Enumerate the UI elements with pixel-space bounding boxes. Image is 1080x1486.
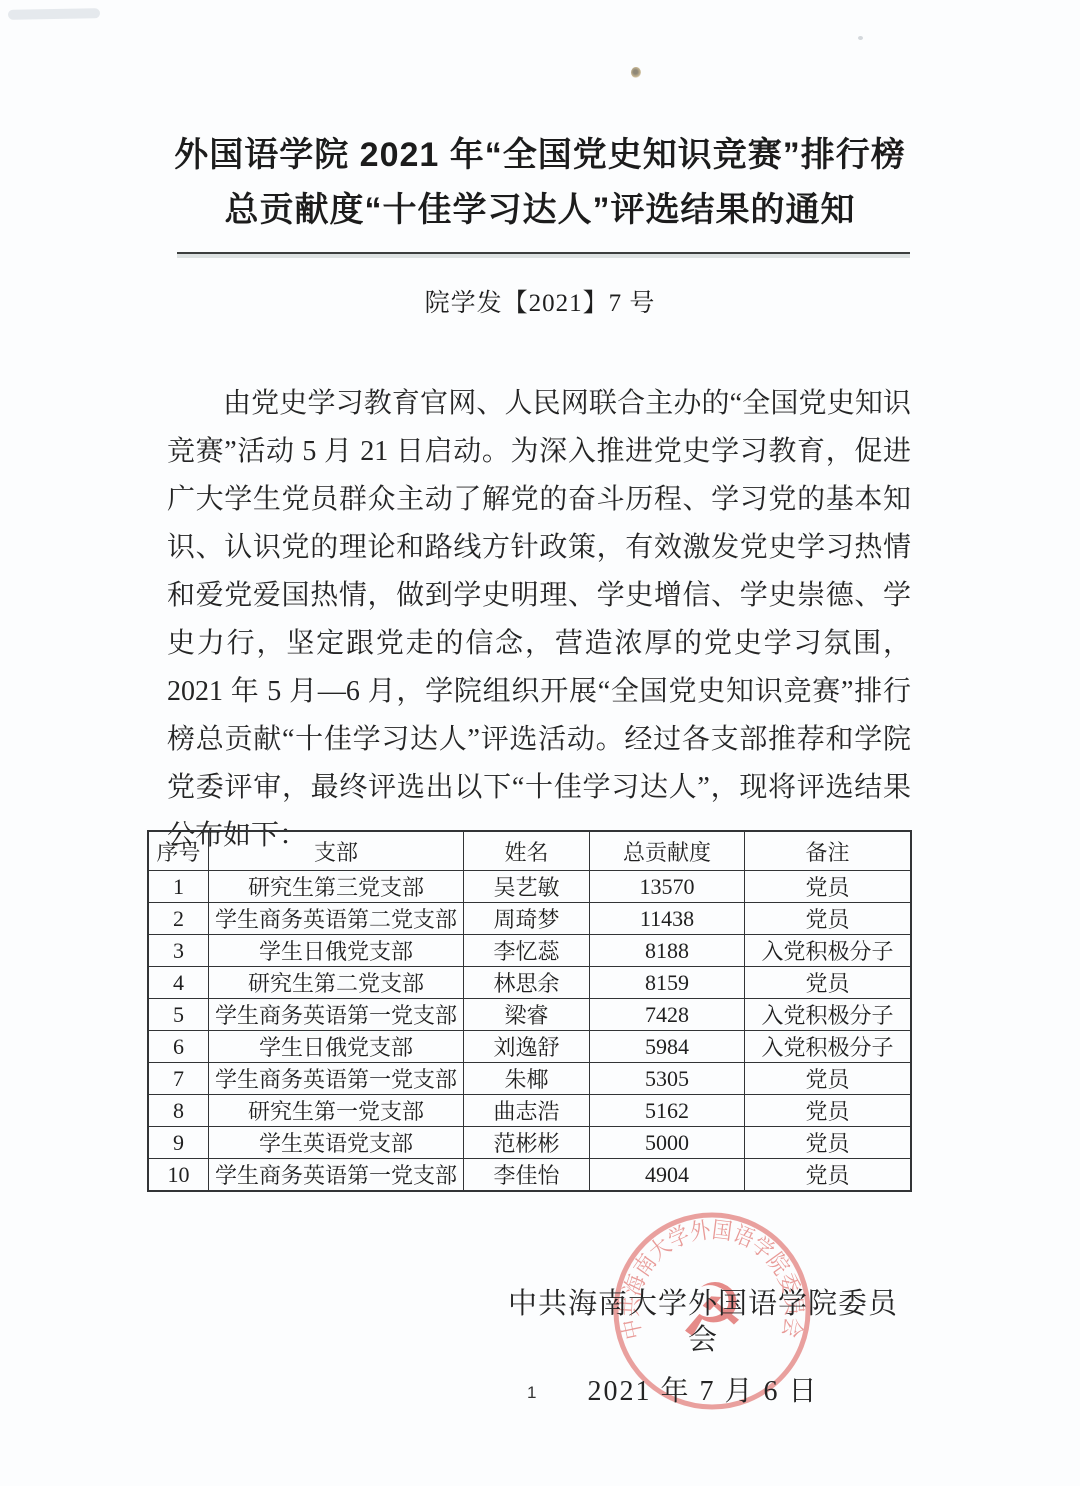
table-row: 2学生商务英语第二党支部周琦梦11438党员	[149, 903, 911, 935]
table-row: 8研究生第一党支部曲志浩5162党员	[149, 1095, 911, 1127]
signature-block: 中共海南大学外国语学院委员会 2021 年 7 月 6 日	[500, 1286, 906, 1410]
table-cell: 学生英语党支部	[209, 1127, 464, 1159]
table-cell: 李忆蕊	[464, 935, 590, 967]
table-cell: 8188	[590, 935, 745, 967]
table-cell: 5162	[590, 1095, 745, 1127]
results-table: 序号 支部 姓名 总贡献度 备注 1研究生第三党支部吴艺敏13570党员2学生商…	[148, 831, 911, 1191]
table-cell: 学生商务英语第二党支部	[209, 903, 464, 935]
issuing-organization: 中共海南大学外国语学院委员会	[500, 1286, 906, 1358]
table-cell: 5984	[590, 1031, 745, 1063]
results-table-header: 序号 支部 姓名 总贡献度 备注	[149, 832, 911, 871]
table-cell: 研究生第三党支部	[209, 871, 464, 903]
table-cell: 学生日俄党支部	[209, 1031, 464, 1063]
table-cell: 林思余	[464, 967, 590, 999]
table-cell: 范彬彬	[464, 1127, 590, 1159]
table-cell: 9	[149, 1127, 209, 1159]
title-line-2: 总贡献度“十佳学习达人”评选结果的通知	[90, 183, 990, 238]
table-cell: 朱椰	[464, 1063, 590, 1095]
table-cell: 李佳怡	[464, 1159, 590, 1191]
body-paragraph: 由党史学习教育官网、人民网联合主办的“全国党史知识竞赛”活动 5 月 21 日启…	[167, 380, 911, 860]
document-number: 院学发【2021】7 号	[90, 283, 990, 319]
table-cell: 7	[149, 1063, 209, 1095]
table-cell: 8	[149, 1095, 209, 1127]
document-title: 外国语学院 2021 年“全国党史知识竞赛”排行榜 总贡献度“十佳学习达人”评选…	[90, 128, 990, 238]
table-row: 6学生日俄党支部刘逸舒5984入党积极分子	[149, 1031, 911, 1063]
table-cell: 研究生第二党支部	[209, 967, 464, 999]
table-cell: 1	[149, 871, 209, 903]
table-cell: 党员	[745, 967, 911, 999]
table-cell: 入党积极分子	[745, 999, 911, 1031]
table-cell: 学生商务英语第一党支部	[209, 1159, 464, 1191]
table-cell: 刘逸舒	[464, 1031, 590, 1063]
table-cell: 7428	[590, 999, 745, 1031]
table-cell: 5	[149, 999, 209, 1031]
table-cell: 5305	[590, 1063, 745, 1095]
table-cell: 学生商务英语第一党支部	[209, 999, 464, 1031]
header-cell-branch: 支部	[209, 832, 464, 871]
table-cell: 3	[149, 935, 209, 967]
table-cell: 4904	[590, 1159, 745, 1191]
table-cell: 党员	[745, 871, 911, 903]
table-cell: 5000	[590, 1127, 745, 1159]
title-divider-rule	[177, 252, 910, 258]
table-cell: 党员	[745, 1127, 911, 1159]
document-page: 外国语学院 2021 年“全国党史知识竞赛”排行榜 总贡献度“十佳学习达人”评选…	[0, 0, 1080, 1486]
issue-date: 2021 年 7 月 6 日	[500, 1374, 906, 1410]
table-row: 7学生商务英语第一党支部朱椰5305党员	[149, 1063, 911, 1095]
table-cell: 党员	[745, 1063, 911, 1095]
page-number: 1	[527, 1383, 536, 1403]
table-cell: 入党积极分子	[745, 1031, 911, 1063]
scan-smear-artifact	[8, 8, 100, 20]
table-cell: 吴艺敏	[464, 871, 590, 903]
table-cell: 2	[149, 903, 209, 935]
table-cell: 党员	[745, 1095, 911, 1127]
table-cell: 学生商务英语第一党支部	[209, 1063, 464, 1095]
table-cell: 6	[149, 1031, 209, 1063]
table-cell: 8159	[590, 967, 745, 999]
header-cell-index: 序号	[149, 832, 209, 871]
scan-speck-artifact	[858, 36, 863, 40]
header-cell-name: 姓名	[464, 832, 590, 871]
title-line-1: 外国语学院 2021 年“全国党史知识竞赛”排行榜	[90, 128, 990, 183]
results-table-body: 1研究生第三党支部吴艺敏13570党员2学生商务英语第二党支部周琦梦11438党…	[149, 871, 911, 1191]
table-row: 3学生日俄党支部李忆蕊8188入党积极分子	[149, 935, 911, 967]
table-cell: 周琦梦	[464, 903, 590, 935]
scan-speck-artifact	[631, 67, 641, 78]
table-cell: 党员	[745, 1159, 911, 1191]
table-cell: 10	[149, 1159, 209, 1191]
table-cell: 入党积极分子	[745, 935, 911, 967]
table-cell: 党员	[745, 903, 911, 935]
header-cell-remark: 备注	[745, 832, 911, 871]
table-cell: 梁睿	[464, 999, 590, 1031]
table-cell: 曲志浩	[464, 1095, 590, 1127]
table-row: 1研究生第三党支部吴艺敏13570党员	[149, 871, 911, 903]
header-cell-score: 总贡献度	[590, 832, 745, 871]
table-cell: 研究生第一党支部	[209, 1095, 464, 1127]
header-row: 序号 支部 姓名 总贡献度 备注	[149, 832, 911, 871]
table-row: 4研究生第二党支部林思余8159党员	[149, 967, 911, 999]
table-cell: 13570	[590, 871, 745, 903]
table-cell: 4	[149, 967, 209, 999]
table-cell: 学生日俄党支部	[209, 935, 464, 967]
table-row: 5学生商务英语第一党支部梁睿7428入党积极分子	[149, 999, 911, 1031]
table-cell: 11438	[590, 903, 745, 935]
table-row: 9学生英语党支部范彬彬5000党员	[149, 1127, 911, 1159]
table-row: 10学生商务英语第一党支部李佳怡4904党员	[149, 1159, 911, 1191]
